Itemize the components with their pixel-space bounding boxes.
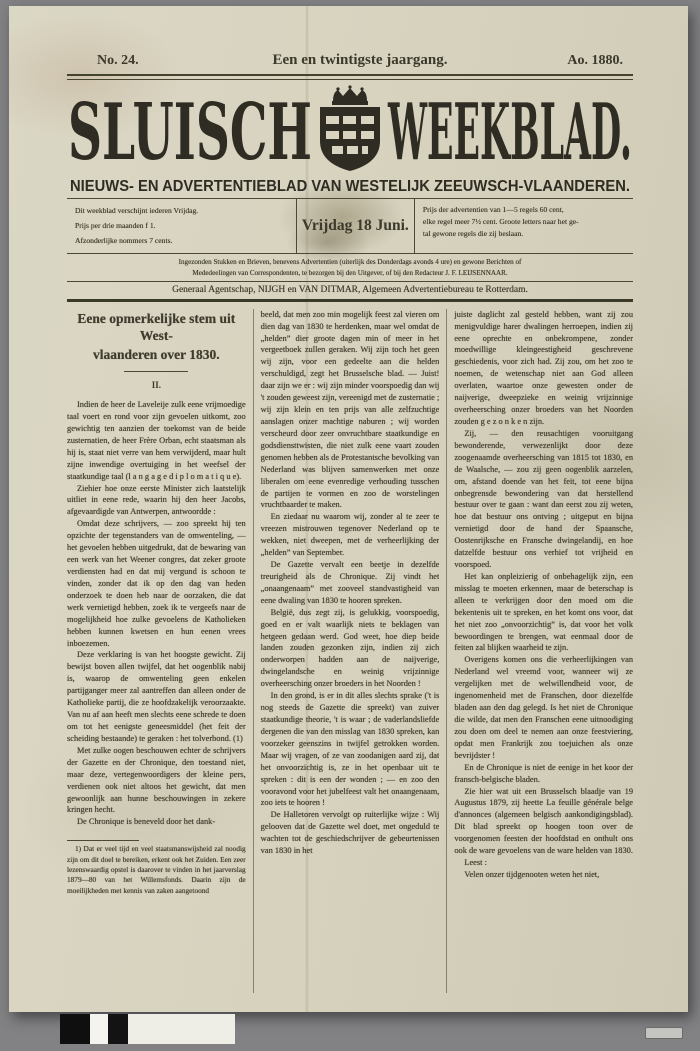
title-rule xyxy=(124,371,188,372)
paragraph: En de Chronique is niet de eenige in het… xyxy=(454,762,633,786)
paragraph: België, dus zegt zij, is gelukkig, voors… xyxy=(261,607,440,690)
paragraph: beeld, dat men zoo min mogelijk feest za… xyxy=(261,309,440,512)
sluis-crest-icon xyxy=(320,85,380,171)
paragraph: Velen onzer tijdgenooten weten het niet, xyxy=(454,869,633,881)
paragraph: Omdat deze schrijvers, — zoo spreekt hij… xyxy=(67,518,246,649)
scale-bar-white-segment xyxy=(90,1014,108,1044)
advertising-rates: Prijs der advertentien van 1—5 regels 60… xyxy=(415,199,633,253)
agency-line: Generaal Agentschap, NIJGH en VAN DITMAR… xyxy=(67,282,633,302)
paragraph: Prijs der advertentien van 1—5 regels 60… xyxy=(423,204,625,216)
column-3: juiste daglicht zal gesteld hebben, want… xyxy=(446,309,633,993)
paragraph: Ziehier hoe onze eerste Minister zich la… xyxy=(67,483,246,519)
scale-bar-black-segment xyxy=(60,1014,90,1044)
issue-row: No. 24. Een en twintigste jaargang. Ao. … xyxy=(67,52,633,69)
paragraph: elke regel meer 7½ cent. Groote letters … xyxy=(423,216,625,228)
corner-label xyxy=(645,1027,683,1039)
paragraph: De Halletoren vervolgt op ruiterlijke wi… xyxy=(261,809,440,857)
paragraph: Het kan onpleizierig of onbehagelijk zij… xyxy=(454,571,633,654)
footnote: 1) Dat er veel tijd en veel staatsmanswi… xyxy=(67,840,246,896)
paragraph: Zie hier wat uit een Brusselsch blaadje … xyxy=(454,786,633,858)
column-1-text: Indien de heer de Laveleije zulk eene vr… xyxy=(67,399,246,828)
paragraph: Deze verklaring is van het hoogste gewic… xyxy=(67,649,246,744)
scale-bar-black-segment xyxy=(108,1014,128,1044)
article-columns: Eene opmerkelijke stem uit West- vlaande… xyxy=(67,309,633,993)
scanner-background: No. 24. Een en twintigste jaargang. Ao. … xyxy=(0,0,700,1051)
paragraph: Dit weekblad verschijnt iederen Vrijdag. xyxy=(75,204,288,219)
year-label: Ao. 1880. xyxy=(492,53,634,69)
column-2-text: beeld, dat men zoo min mogelijk feest za… xyxy=(261,309,440,857)
notice-line-2: Mededeelingen van Correspondenten, te be… xyxy=(71,268,629,279)
page-content: No. 24. Een en twintigste jaargang. Ao. … xyxy=(67,6,633,1012)
double-rule xyxy=(67,74,633,80)
chapter-number: II. xyxy=(67,379,246,392)
paragraph: Afzonderlijke nommers 7 cents. xyxy=(75,234,288,249)
notice-line-1: Ingezonden Stukken en Brieven, benevens … xyxy=(71,257,629,268)
paragraph: Overigens komen ons die verheerlijkingen… xyxy=(454,654,633,761)
paragraph: Leest : xyxy=(454,857,633,869)
column-2: beeld, dat men zoo min mogelijk feest za… xyxy=(253,309,440,993)
photo-scale-bar xyxy=(60,1014,235,1044)
article-title-line-1: Eene opmerkelijke stem uit West- xyxy=(67,310,246,345)
paragraph: De Chronique is beneveld door het dank- xyxy=(67,816,246,828)
subscription-info: Dit weekblad verschijnt iederen Vrijdag.… xyxy=(67,199,296,253)
volume-label: Een en twintigste jaargang. xyxy=(229,52,492,69)
footnote-text: 1) Dat er veel tijd en veel staatsmanswi… xyxy=(67,844,246,896)
paragraph: En ziedaar nu waarom wij, zonder al te z… xyxy=(261,511,440,559)
paragraph: Met zulke oogen beschouwen echter de sch… xyxy=(67,745,246,817)
masthead-title-left: SLUISCH xyxy=(68,87,312,175)
submission-notice: Ingezonden Stukken en Brieven, benevens … xyxy=(67,254,633,281)
masthead: SLUISCH WEEKBLAD. xyxy=(67,83,633,175)
masthead-subtitle-wrap: NIEUWS- EN ADVERTENTIEBLAD VAN WESTELIJK… xyxy=(67,176,633,196)
issue-number: No. 24. xyxy=(67,53,229,69)
masthead-title-right: WEEKBLAD. xyxy=(388,87,632,175)
masthead-subtitle: NIEUWS- EN ADVERTENTIEBLAD VAN WESTELIJK… xyxy=(70,178,630,195)
info-bar: Dit weekblad verschijnt iederen Vrijdag.… xyxy=(67,198,633,254)
scale-bar-white-segment xyxy=(128,1014,235,1044)
paragraph: Indien de heer de Laveleije zulk eene vr… xyxy=(67,399,246,482)
paragraph: juiste daglicht zal gesteld hebben, want… xyxy=(454,309,633,428)
footnote-rule xyxy=(67,840,139,841)
paragraph: De Gazette vervalt een beetje in dezelfd… xyxy=(261,559,440,607)
paragraph: Prijs per drie maanden f 1. xyxy=(75,219,288,234)
column-3-text: juiste daglicht zal gesteld hebben, want… xyxy=(454,309,633,881)
paragraph: In den grond, is er in dit alles slechts… xyxy=(261,690,440,809)
article-title-line-2: vlaanderen over 1830. xyxy=(67,346,246,364)
newspaper-page: No. 24. Een en twintigste jaargang. Ao. … xyxy=(9,6,688,1012)
paragraph: 1) Dat er veel tijd en veel staatsmanswi… xyxy=(67,844,246,896)
issue-date: Vrijdag 18 Juni. xyxy=(296,199,415,253)
column-1: Eene opmerkelijke stem uit West- vlaande… xyxy=(67,309,246,993)
paragraph: tal gewone regels die zij beslaan. xyxy=(423,228,625,240)
paragraph: Zij, — den reusachtigen vooruitgang bewo… xyxy=(454,428,633,571)
